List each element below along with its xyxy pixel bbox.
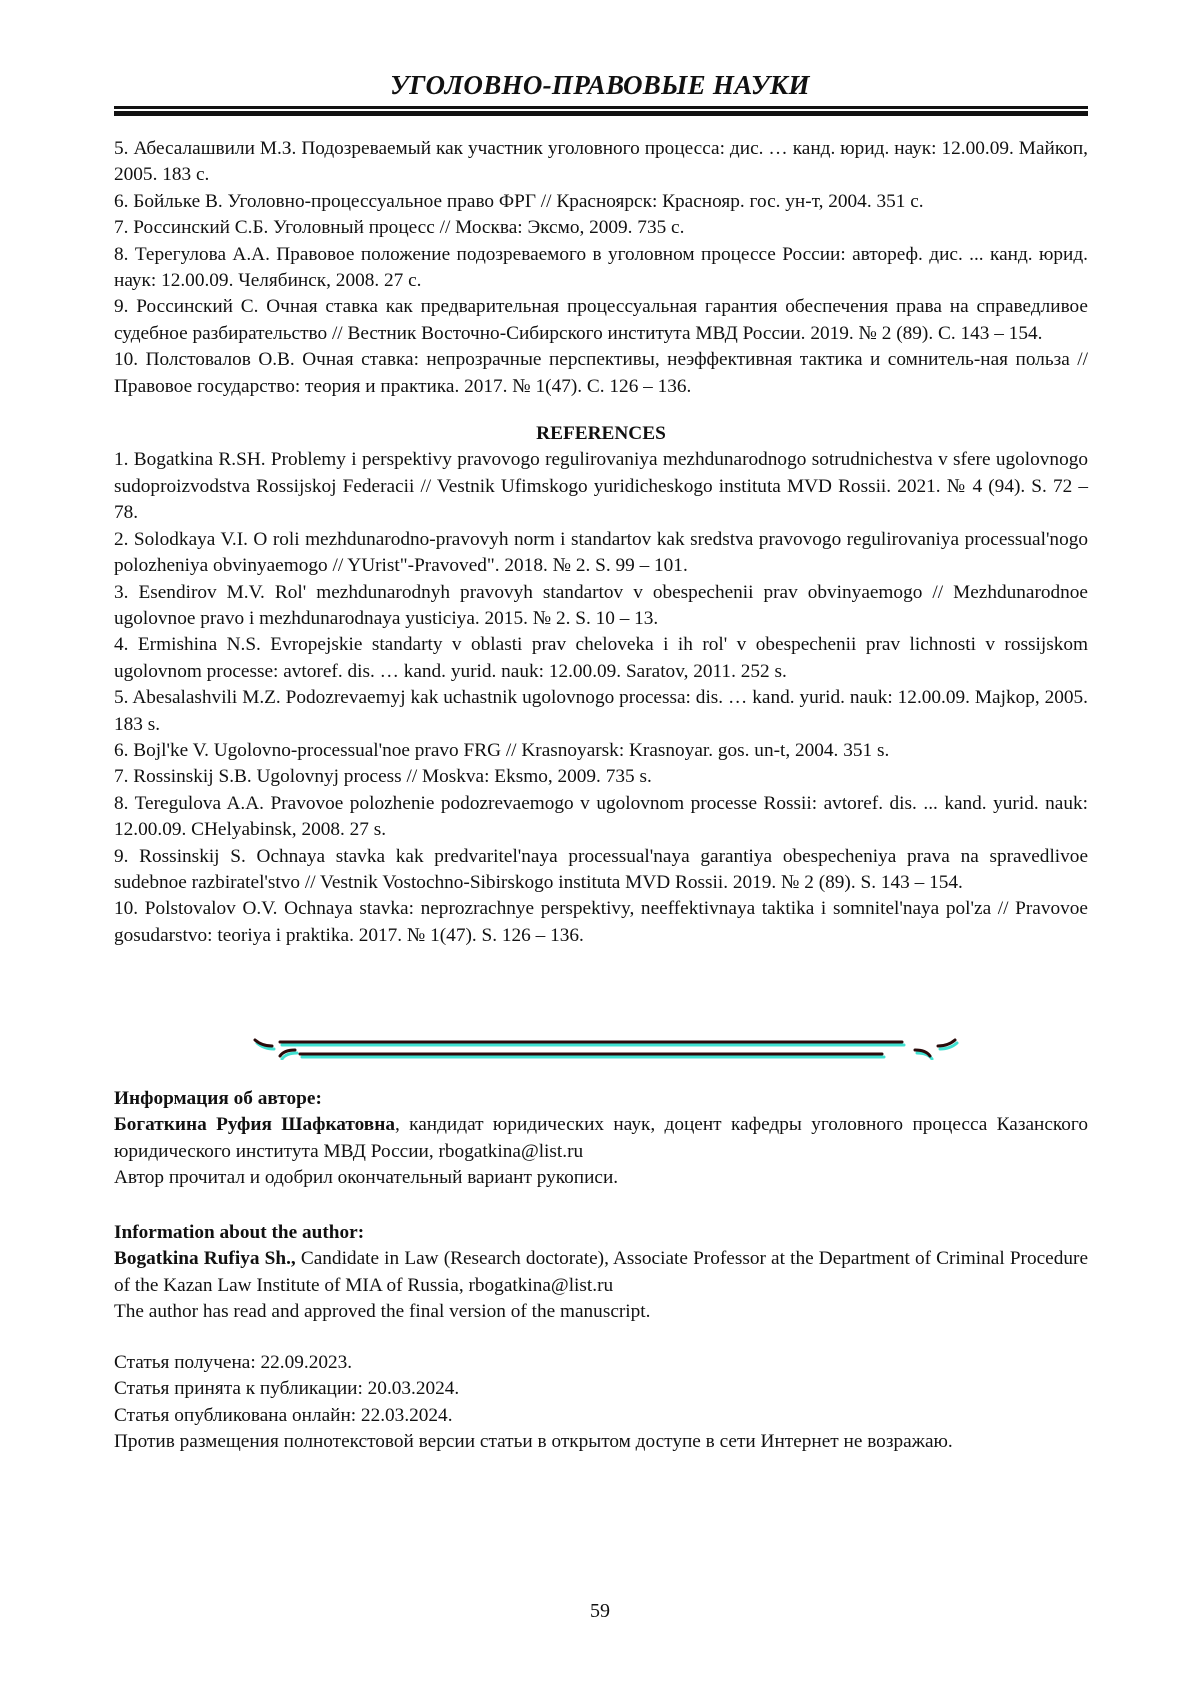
open-access-consent: Против размещения полнотекстовой версии … — [114, 1429, 1114, 1455]
reference-item: 6. Bojl'ke V. Ugolovno-processual'noe pr… — [114, 738, 1088, 764]
references-list: 1. Bogatkina R.SH. Problemy i perspektiv… — [114, 447, 1088, 949]
reference-item: 1. Bogatkina R.SH. Problemy i perspektiv… — [114, 447, 1088, 526]
reference-item: 9. Rossinskij S. Ochnaya stavka kak pred… — [114, 844, 1088, 897]
literature-item: 5. Абесалашвили М.З. Подозреваемый как у… — [114, 136, 1088, 189]
reference-item: 7. Rossinskij S.B. Ugolovnyj process // … — [114, 764, 1088, 790]
literature-item: 8. Терегулова А.А. Правовое положение по… — [114, 242, 1088, 295]
literature-item: 9. Россинский С. Очная ставка как предва… — [114, 294, 1088, 347]
author-bio-en: Bogatkina Rufiya Sh., Candidate in Law (… — [114, 1246, 1088, 1299]
literature-item: 7. Россинский С.Б. Уголовный процесс // … — [114, 215, 1088, 241]
literature-list-continued: 5. Абесалашвили М.З. Подозреваемый как у… — [114, 136, 1088, 400]
page-number: 59 — [0, 1600, 1200, 1623]
author-approval-ru: Автор прочитал и одобрил окончательный в… — [114, 1165, 1088, 1191]
reference-item: 2. Solodkaya V.I. O roli mezhdunarodno-p… — [114, 527, 1088, 580]
author-info-ru: Информация об авторе: Богаткина Руфия Ша… — [114, 1086, 1088, 1192]
reference-item: 8. Teregulova A.A. Pravovoe polozhenie p… — [114, 791, 1088, 844]
reference-item: 3. Esendirov M.V. Rol' mezhdunarodnyh pr… — [114, 580, 1088, 633]
author-info-heading-en: Information about the author: — [114, 1220, 1088, 1246]
literature-item: 6. Бойльке В. Уголовно-процессуальное пр… — [114, 189, 1088, 215]
references-body: 5. Абесалашвили М.З. Подозреваемый как у… — [114, 136, 1088, 949]
reference-item: 10. Polstovalov O.V. Ochnaya stavka: nep… — [114, 896, 1088, 949]
author-name-ru: Богаткина Руфия Шафкатовна — [114, 1114, 395, 1135]
author-info-heading-ru: Информация об авторе: — [114, 1086, 1088, 1112]
literature-item: 10. Полстовалов О.В. Очная ставка: непро… — [114, 347, 1088, 400]
header-rule-thin — [114, 106, 1088, 109]
references-heading: REFERENCES — [114, 421, 1088, 447]
header-rule-thick — [114, 111, 1088, 116]
date-published: Статья опубликована онлайн: 22.03.2024. — [114, 1403, 1114, 1429]
article-dates: Статья получена: 22.09.2023. Статья прин… — [114, 1350, 1114, 1456]
decorative-divider-icon — [250, 1030, 960, 1060]
author-name-en: Bogatkina Rufiya Sh., — [114, 1248, 296, 1269]
reference-item: 4. Ermishina N.S. Evropejskie standarty … — [114, 632, 1088, 685]
section-title: УГОЛОВНО-ПРАВОВЫЕ НАУКИ — [0, 70, 1200, 101]
date-accepted: Статья принята к публикации: 20.03.2024. — [114, 1376, 1114, 1402]
author-info-en: Information about the author: Bogatkina … — [114, 1220, 1088, 1326]
author-bio-ru: Богаткина Руфия Шафкатовна, кандидат юри… — [114, 1112, 1088, 1165]
date-received: Статья получена: 22.09.2023. — [114, 1350, 1114, 1376]
author-approval-en: The author has read and approved the fin… — [114, 1299, 1088, 1325]
reference-item: 5. Abesalashvili M.Z. Podozrevaemyj kak … — [114, 685, 1088, 738]
